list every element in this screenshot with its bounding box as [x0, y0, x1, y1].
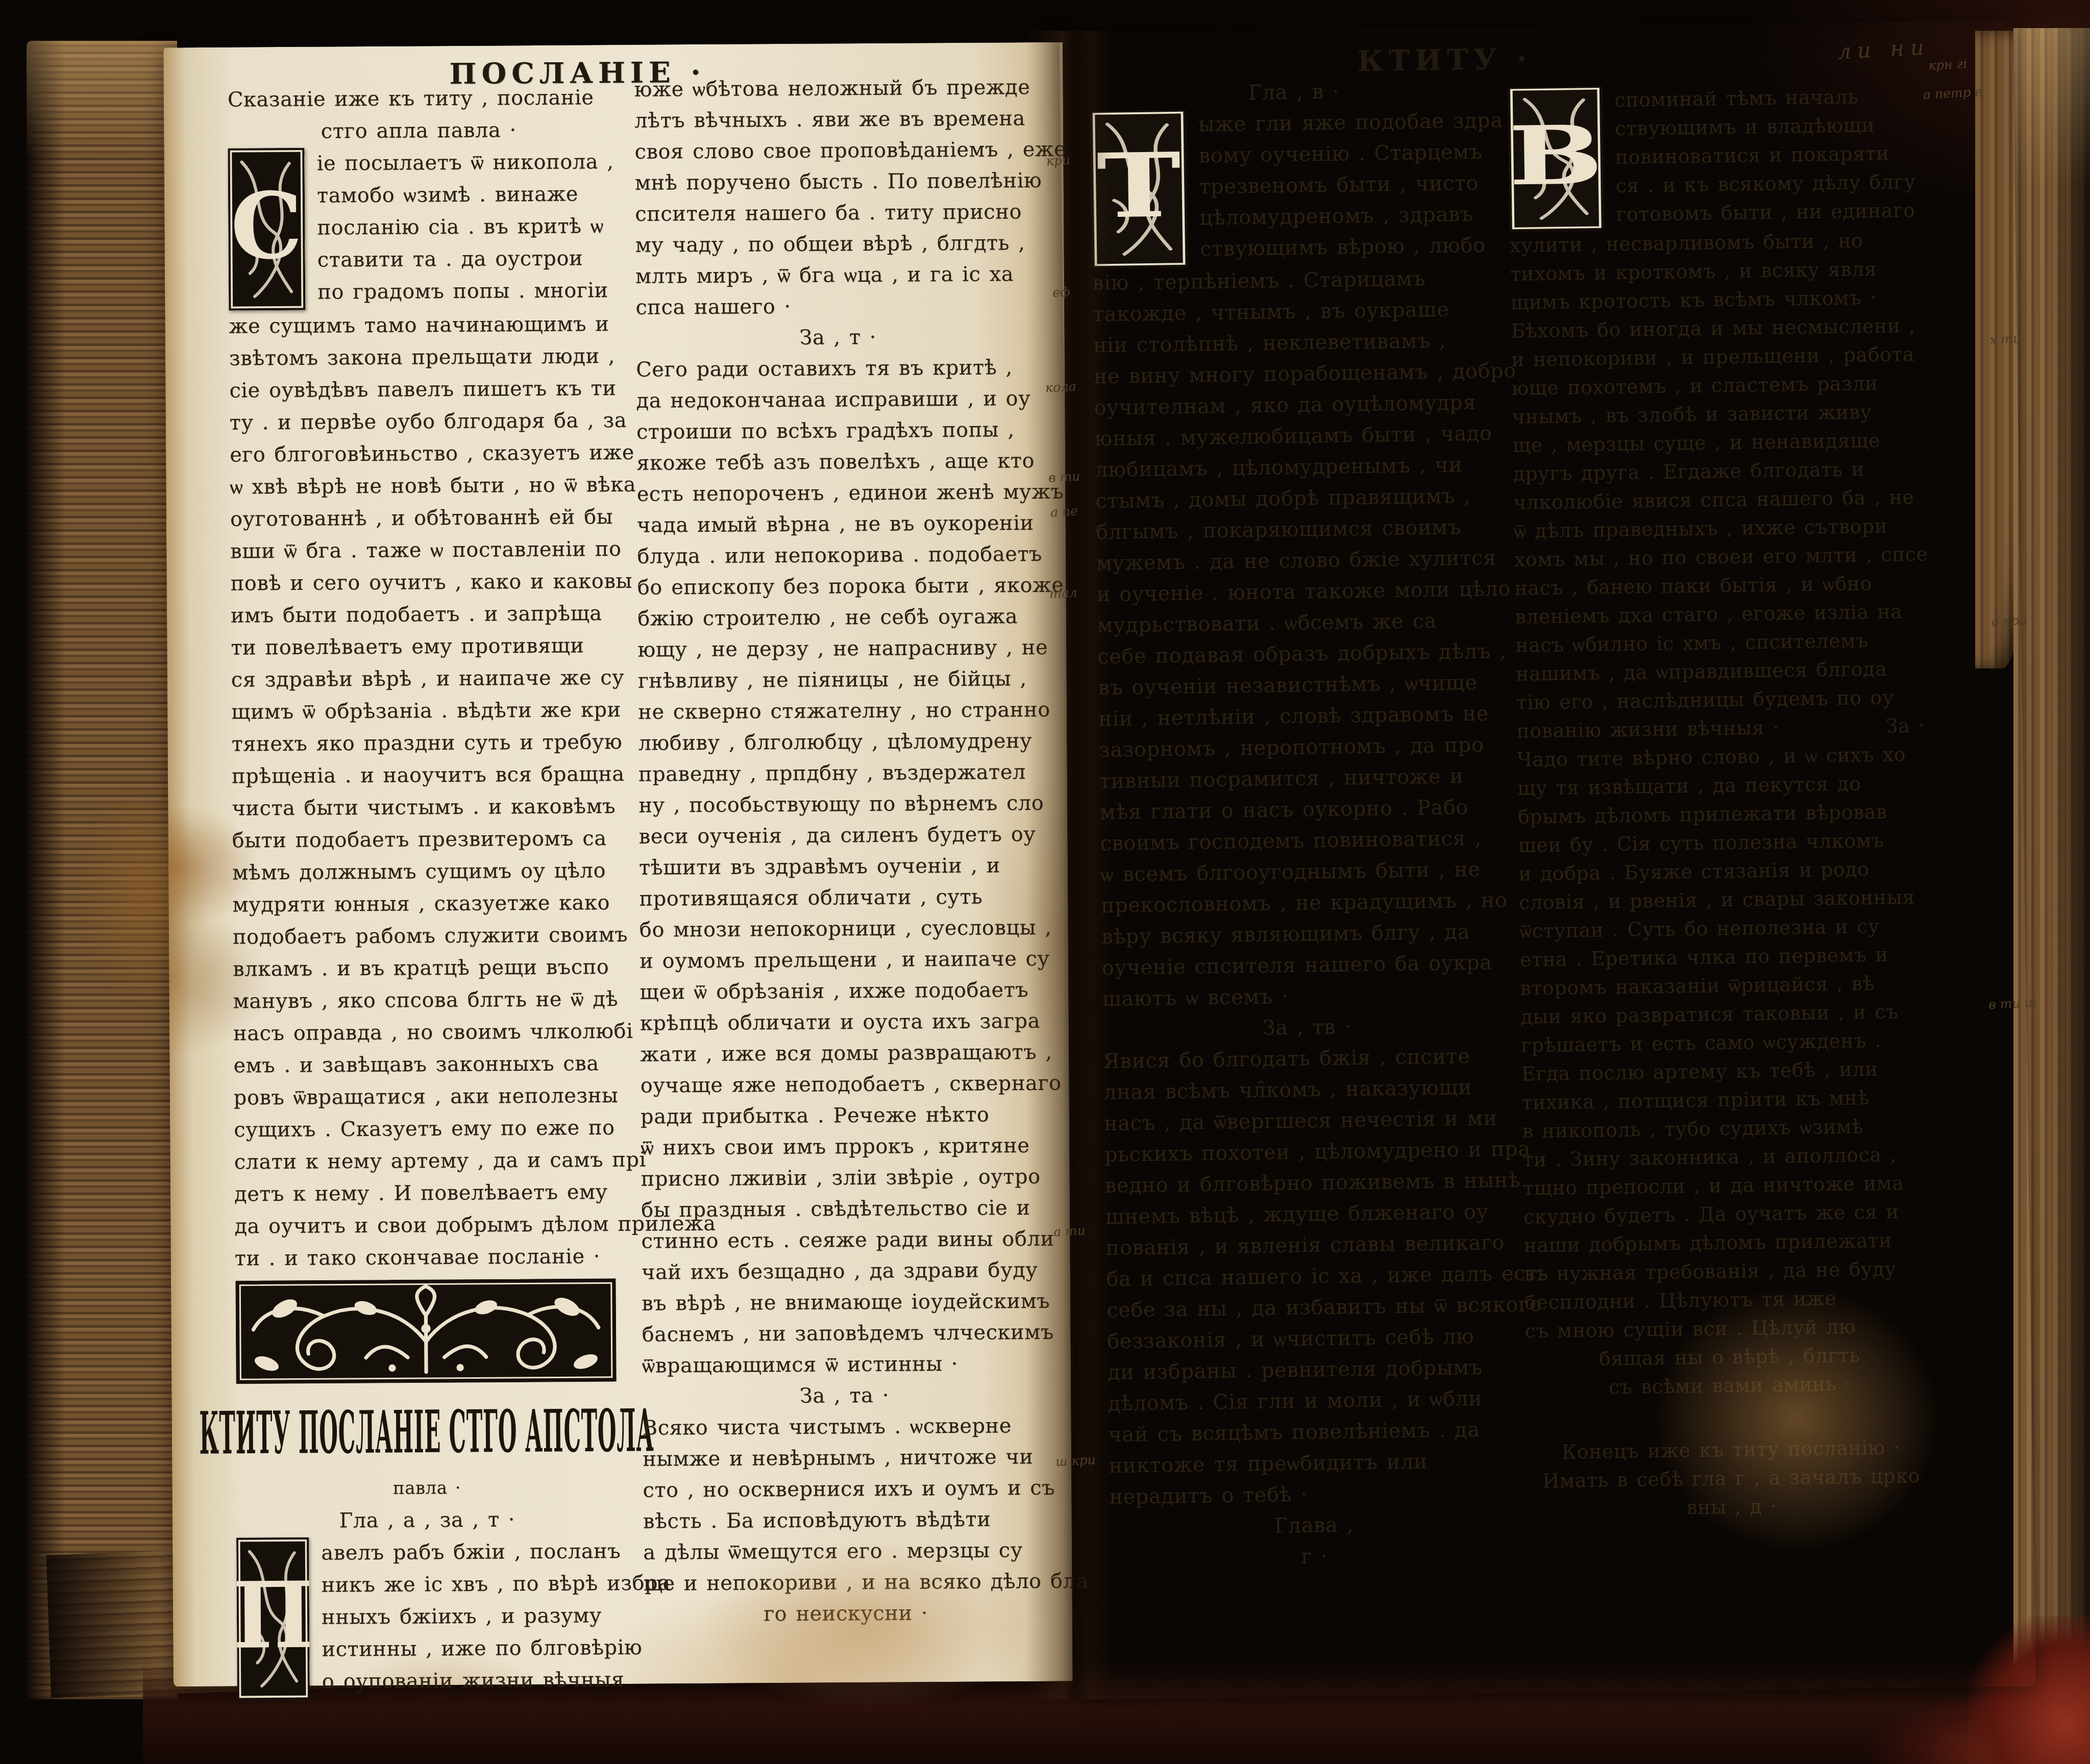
text-line: щеи ѿ обрѣзанія , ихже подобаетъ — [640, 975, 1044, 1008]
text-line: юныя . мужелюбицамъ быти , чадо — [1094, 418, 1503, 455]
text-line: чада имый вѣрна , не въ оукореніи — [637, 508, 1041, 541]
text-line: вому оученію . Старцемъ — [1198, 136, 1499, 171]
text-line: любиву , блголюбцу , цѣломудрену — [638, 726, 1042, 759]
headpiece-svg — [235, 1278, 617, 1385]
margin-note: а кри — [1991, 612, 2027, 629]
text-line: вію , терпѣніемъ . Старицамъ — [1092, 262, 1501, 299]
paper-stain — [704, 1541, 1031, 1709]
margin-note: кола — [1045, 379, 1076, 395]
margin-note: в ти — [1048, 468, 1080, 485]
text-line: ровъ ѿвращатися , аки неполезны — [234, 1080, 616, 1114]
text-line: Гла , в · — [1090, 74, 1498, 111]
text-line: не вину многу порабощенамъ , добро — [1093, 356, 1502, 392]
text-line: нерадитъ о тебѣ · — [1109, 1476, 1518, 1513]
text-line: ыже гли яже подобае здра — [1198, 105, 1498, 140]
text-line: такожде , чтнымъ , въ оукраше — [1093, 293, 1502, 330]
text-line: спса нашего · — [635, 290, 1040, 324]
drop-cap-lines: ыже гли яже подобае здравому оученію . С… — [1198, 105, 1500, 265]
text-line: да оучитъ и свои добрымъ дѣлом прилежа — [234, 1208, 616, 1243]
text-line: Сказаніе иже къ титу , посланіе — [228, 82, 609, 116]
text-line: ту . и первѣе оубо блгодаря ба , за — [230, 405, 611, 439]
text-line: тѣшити въ здравѣмъ оученіи , и — [639, 850, 1043, 884]
drop-cap-row: Вспоминай тѣмъ начальствующимъ и владѣющ… — [1508, 82, 1918, 231]
text-line: му чаду , по общеи вѣрѣ , блгдть , — [635, 228, 1039, 261]
text-line: тянехъ яко праздни суть и требую — [231, 726, 613, 761]
text-line: ти повелѣваетъ ему противящи — [231, 630, 612, 664]
text-line: ся . и къ всякому дѣлу блгу — [1615, 167, 1917, 200]
text-line: стымъ , домы добрѣ правящимъ , — [1095, 480, 1504, 517]
text-line: ба и спса нашего іс ха , иже далъ есть — [1106, 1258, 1515, 1295]
text-line: тамобо ѡзимѣ . винаже — [317, 178, 610, 212]
section-title-text: КТИТУ ПОСЛАНІЕ СТГО АПСТОЛА — [199, 1397, 654, 1468]
text-line: тивныи посрамится , ничтоже и — [1099, 760, 1508, 797]
text-line: щимъ ѿ обрѣзаніа . вѣдѣти же кри — [231, 694, 613, 729]
text-line: мнѣ поручено бысть . По повелѣнію — [635, 165, 1039, 199]
text-line: вѣсть . Ба исповѣдуютъ вѣдѣти — [643, 1504, 1047, 1537]
text-line: въ оученіи независтнѣмъ , ѡчище — [1098, 667, 1507, 704]
text-line: гнѣвливу , не піяницы , не бійцы , — [638, 663, 1042, 697]
text-line: звѣтомъ закона прельщати люди , — [229, 340, 611, 375]
text-line: сущихъ . Сказуетъ ему по еже по — [234, 1112, 616, 1147]
text-line: оучителнам , яко да оуцѣломудря — [1094, 387, 1503, 424]
text-line: ти . и тако скончавае посланіе · — [235, 1240, 617, 1275]
text-line: прекословномъ , не крадущимъ , но — [1101, 885, 1510, 922]
text-line: никъ же іс хвъ , по вѣрѣ избра — [321, 1568, 618, 1602]
text-line: лная всѣмъ чл̑комъ , наказующи — [1103, 1072, 1512, 1108]
text-line: присно лживіи , зліи звѣріе , оутро — [641, 1161, 1045, 1195]
text-line: зазорномъ , неропотномъ , да про — [1098, 729, 1507, 766]
text-line: ѡ хвѣ вѣрѣ не новѣ быти , но ѿ вѣка — [230, 469, 611, 504]
margin-note: а петр в — [1923, 84, 1982, 102]
text-line: ведно и блговѣрно поживемъ в нынѣ — [1104, 1165, 1513, 1202]
text-line: ставити та . да оустрои — [317, 242, 610, 277]
text-line: мѣя глати о насъ оукорно . Рабо — [1099, 791, 1508, 828]
text-line: За , та · — [642, 1379, 1046, 1413]
text-line: ѿвращающимся ѿ истинны · — [642, 1348, 1046, 1382]
text-line: себе подавая образъ добрыхъ дѣлъ , — [1097, 636, 1506, 673]
text-line: рьскихъ похотеи , цѣломудрено и пра — [1104, 1134, 1513, 1171]
text-line: мѣмъ должнымъ сущимъ оу цѣло — [232, 855, 614, 889]
text-line: не скверно стяжателну , но странно — [638, 694, 1042, 728]
drop-cap-svg: П — [236, 1537, 310, 1700]
text-line: млть миръ , ѿ бга ѡца , и га іс ха — [635, 259, 1040, 292]
text-line: Сего ради оставихъ тя въ критѣ , — [636, 352, 1040, 386]
text-line: бы праздныя . свѣдѣтельство сіе и — [641, 1192, 1045, 1226]
text-line: оуготованнѣ , и обѣтованнѣ ей бы — [230, 501, 612, 536]
text-line: манувъ , яко спсова блгть не ѿ дѣ — [233, 983, 614, 1018]
text-line: чай ихъ безщадно , да здрави буду — [642, 1255, 1046, 1288]
text-line: ради прибытка . Речеже нѣкто — [641, 1099, 1045, 1133]
text-line: ствующимъ вѣрою , любо — [1200, 230, 1501, 265]
text-line: имъ быти подобаетъ . и запрѣща — [231, 598, 612, 632]
drop-cap-svg: С — [228, 148, 305, 311]
text-line: о оупованіи жизни вѣчныя — [322, 1664, 619, 1698]
text-fragment: За · — [1886, 711, 1925, 740]
book-gutter-shadow — [1026, 31, 1113, 1699]
drop-cap-initial: С — [228, 148, 305, 311]
text-line: любицамъ , цѣломудренымъ , чи — [1095, 449, 1504, 486]
text-line: ніи столѣпнѣ , неклеветивамъ , — [1093, 325, 1502, 361]
drop-cap-row: Тыже гли яже подобае здравому оученію . … — [1090, 105, 1500, 268]
text-line: прѣщеніа . и наоучитъ вся бращна — [232, 758, 613, 793]
text-line: влкамъ . и въ кратцѣ рещи въспо — [233, 951, 614, 986]
text-line: шаютъ ѡ всемъ · — [1102, 978, 1511, 1015]
text-line: бо епископу без порока быти , якоже — [637, 570, 1042, 604]
left-page-column-1: Сказаніе иже къ титу , посланіестго апла… — [228, 82, 619, 1700]
text-line: и оученіе . юнота такоже моли цѣло — [1096, 574, 1505, 610]
text-line: Гла , а , за , т · — [236, 1503, 618, 1538]
text-line: іе посылаетъ ѿ никопола , — [316, 146, 609, 180]
drop-cap-initial: П — [236, 1537, 310, 1700]
handwritten-foliation: ли ни — [1837, 34, 1931, 64]
text-line: блгымъ , покаряющимся своимъ — [1096, 511, 1505, 548]
text-line: да недокончанаа исправиши , и оу — [636, 383, 1040, 417]
drop-cap-lines: іе посылаетъ ѿ никопола ,тамобо ѡзимѣ . … — [316, 146, 610, 309]
text-line: мудрьствовати . ѡбсемъ же са — [1097, 605, 1506, 641]
text-line: блуда . или непокорива . подобаетъ — [637, 539, 1041, 573]
text-line: Явися бо блгодать бжія , спсите — [1103, 1040, 1512, 1077]
text-line: своя слово свое проповѣданіемъ , еже — [634, 134, 1039, 168]
text-line: цѣломудреномъ , здравъ — [1199, 198, 1500, 234]
text-line: якоже тебѣ азъ повелѣхъ , аще кто — [636, 445, 1041, 479]
text-line: вши ѿ бга . таже ѡ поставленіи по — [230, 533, 612, 568]
text-line: въ вѣрѣ , не внимающе іоудейскимъ — [642, 1286, 1046, 1320]
text-line: строиши по всѣхъ градѣхъ попы , — [636, 414, 1041, 448]
margin-note: а ти — [1053, 1223, 1086, 1239]
section-title: КТИТУ ПОСЛАНІЕ СТГО АПСТОЛА — [235, 1390, 618, 1474]
text-line: Всяко чиста чистымъ . ѡскверне — [643, 1410, 1047, 1444]
text-line: слати к нему артему , да и самъ прі — [234, 1144, 616, 1179]
text-line: Глава , — [1110, 1507, 1518, 1544]
paper-stain — [1654, 1286, 1939, 1551]
text-line: противящаяся обличати , суть — [639, 881, 1043, 915]
text-line: Чадо тите вѣрно слово , и ѡ сихъ хо — [1517, 740, 1926, 774]
margin-note: кри — [1046, 153, 1071, 168]
text-line: ѿ нихъ свои имъ пррокъ , критяне — [641, 1130, 1045, 1164]
text-line: нныхъ бжіихъ , и разуму — [322, 1600, 619, 1634]
text-line: же сущимъ тамо начинающимъ и — [229, 308, 610, 343]
text-line: веси оученія , да силенъ будетъ оу — [638, 819, 1043, 853]
text-line: баснемъ , ни заповѣдемъ члческимъ — [642, 1317, 1046, 1351]
text-line: есть непороченъ , единои женѣ мужъ — [636, 477, 1041, 510]
text-line: жати , иже вся домы развращаютъ , — [640, 1037, 1044, 1071]
margin-note: тал — [1049, 585, 1077, 602]
text-line: дѣломъ . Сія гли и моли , и ѡбли — [1108, 1383, 1516, 1420]
text-line: мудряти юнныя , сказуетже како — [232, 887, 614, 922]
text-line: авелъ рабъ бжіи , посланъ — [321, 1535, 618, 1570]
text-line: своимъ господемъ повиноватися , — [1100, 823, 1509, 859]
text-line: и оумомъ прельщени , и наипаче су — [640, 943, 1044, 977]
text-line: повиноватися и покаряти — [1615, 139, 1917, 171]
drop-cap-svg: В — [1508, 86, 1604, 231]
text-line: чиста быти чистымъ . и каковѣмъ — [232, 790, 613, 825]
photo-background: ПОСЛАНІЕ · Сказаніе иже къ титу , послан… — [0, 0, 2090, 1764]
text-line: истинны , иже по блговѣрію — [322, 1632, 619, 1666]
text-line: пованія , и явленія славы великаго — [1105, 1227, 1514, 1264]
text-line: чай съ всяцѣмъ повелѣніемъ . да — [1108, 1414, 1517, 1451]
text-line: въ нужная требованія , да не буду — [1524, 1254, 1933, 1288]
text-line: бжію строителю , не себѣ оугажа — [637, 601, 1042, 635]
text-line: вѣру всяку являющимъ блгу , да — [1101, 916, 1510, 953]
text-line: мужемъ . да не слово бжіе хулится — [1096, 542, 1505, 579]
svg-text:П: П — [236, 1561, 310, 1669]
drop-cap-row: Павелъ рабъ бжіи , посланъникъ же іс хвъ… — [236, 1535, 619, 1700]
text-line: подобаетъ рабомъ служити своимъ — [233, 919, 614, 954]
text-line: бо мнози непокорници , суесловцы , — [640, 912, 1044, 946]
text-line: ну , пособьствующу по вѣрнемъ сло — [638, 788, 1043, 822]
text-line: готовомъ быти , ни единаго — [1616, 196, 1918, 229]
text-line: ся здравѣи вѣрѣ , и наипаче же су — [231, 662, 613, 697]
margin-note: крн гі — [1928, 56, 1967, 73]
drop-cap-initial: В — [1508, 86, 1604, 231]
text-line: праведну , прпдбну , въздержател — [638, 757, 1043, 790]
text-line: спсителя нашего ба . титу присно — [635, 196, 1039, 230]
text-line: г · — [1110, 1538, 1519, 1575]
headpiece-ornament — [235, 1278, 617, 1385]
margin-note: ш кри — [1055, 1452, 1096, 1469]
drop-cap-lines: авелъ рабъ бжіи , посланъникъ же іс хвъ … — [321, 1535, 619, 1698]
text-line: За , т · — [636, 321, 1040, 355]
text-line: лѣтъ вѣчныхъ . яви же въ времена — [634, 103, 1039, 137]
left-page-column-2: юже ѡбѣтова неложный бъ прежделѣтъ вѣчны… — [634, 72, 1048, 1631]
text-line: ніи , нетлѣніи , словѣ здравомъ не — [1098, 698, 1507, 735]
svg-text:В: В — [1508, 107, 1604, 204]
text-line: сіе оувѣдѣвъ павелъ пишетъ къ ти — [229, 372, 611, 407]
text-line: павла · — [236, 1471, 618, 1506]
text-line: ющу , не дерзу , не напрасниву , не — [637, 632, 1042, 666]
text-line: по градомъ попы . многіи — [317, 275, 610, 309]
text-line: быти подобаетъ презвитеромъ са — [232, 823, 614, 857]
text-line: беззаконія , и ѡчиститъ себѣ лю — [1107, 1321, 1516, 1357]
margin-note: в ти ш — [1988, 995, 2036, 1012]
text-line: оучаще яже неподобаетъ , сквернаго — [640, 1068, 1044, 1102]
text-line: насъ оправда , но своимъ члколюбі — [233, 1015, 615, 1050]
text-line: сто , но осквернися ихъ и оумъ и съ — [643, 1473, 1047, 1506]
margin-note: а пе — [1050, 504, 1078, 520]
svg-text:С: С — [230, 172, 303, 280]
text-line: никтоже тя преѡбидитъ или — [1109, 1445, 1517, 1482]
text-line: оученіе спсителя нашего ба оукра — [1101, 947, 1510, 984]
text-line: стго апла павла · — [228, 114, 609, 148]
text-line: себе за ны , да избавитъ ны ѿ всякого — [1107, 1289, 1515, 1326]
drop-cap-lines: споминай тѣмъ начальствующимъ и владѣющи… — [1614, 82, 1918, 229]
right-page-column-1: Гла , в · Тыже гли яже подобае здравому … — [1090, 74, 1519, 1575]
text-line: крѣпцѣ обличати и оуста ихъ загра — [640, 1006, 1044, 1039]
text-line: шнемъ вѣцѣ , ждуще блженаго оу — [1105, 1196, 1514, 1233]
text-line: повѣ и сего оучитъ , како и каковы — [230, 565, 612, 600]
text-line: ди избраны . ревнителя добрымъ — [1108, 1352, 1516, 1388]
text-line: ѡ всемъ блгооугоднымъ быти , не — [1100, 854, 1509, 890]
margin-note: еф — [1052, 284, 1070, 300]
text-line: стинно есть . сеяже ради вины обли — [641, 1224, 1045, 1257]
drop-cap-row: Сіе посылаетъ ѿ никопола ,тамобо ѡзимѣ .… — [228, 146, 610, 311]
text-line: посланію сіа . въ критѣ ѡ — [317, 210, 610, 244]
margin-note: х ти — [1989, 331, 2021, 347]
text-line: насъ , да ѿвергшеся нечестія и ми — [1104, 1103, 1513, 1139]
text-line: его блгоговѣиньство , сказуетъ иже — [230, 437, 611, 471]
text-fragment: пованію жизни вѣчныя · — [1516, 713, 1780, 746]
text-line: ствующимъ и владѣющи — [1615, 110, 1917, 143]
text-line: детъ к нему . И повелѣваетъ ему — [234, 1176, 616, 1211]
text-line: За , тв · — [1102, 1009, 1511, 1046]
text-line: трезвеномъ быти , чисто — [1199, 167, 1499, 203]
text-line: тихика , потщися пріити къ мнѣ — [1521, 1083, 1930, 1117]
text-line: тію его , наслѣдницы будемъ по оу — [1516, 683, 1925, 717]
text-line: споминай тѣмъ началь — [1614, 82, 1916, 114]
text-line: емъ . и завѣщавъ законныхъ сва — [233, 1048, 615, 1082]
paper-stain — [77, 786, 209, 1005]
text-line: нымже и невѣрнымъ , ничтоже чи — [643, 1442, 1047, 1475]
left-page: ПОСЛАНІЕ · Сказаніе иже къ титу , послан… — [163, 42, 1073, 1687]
